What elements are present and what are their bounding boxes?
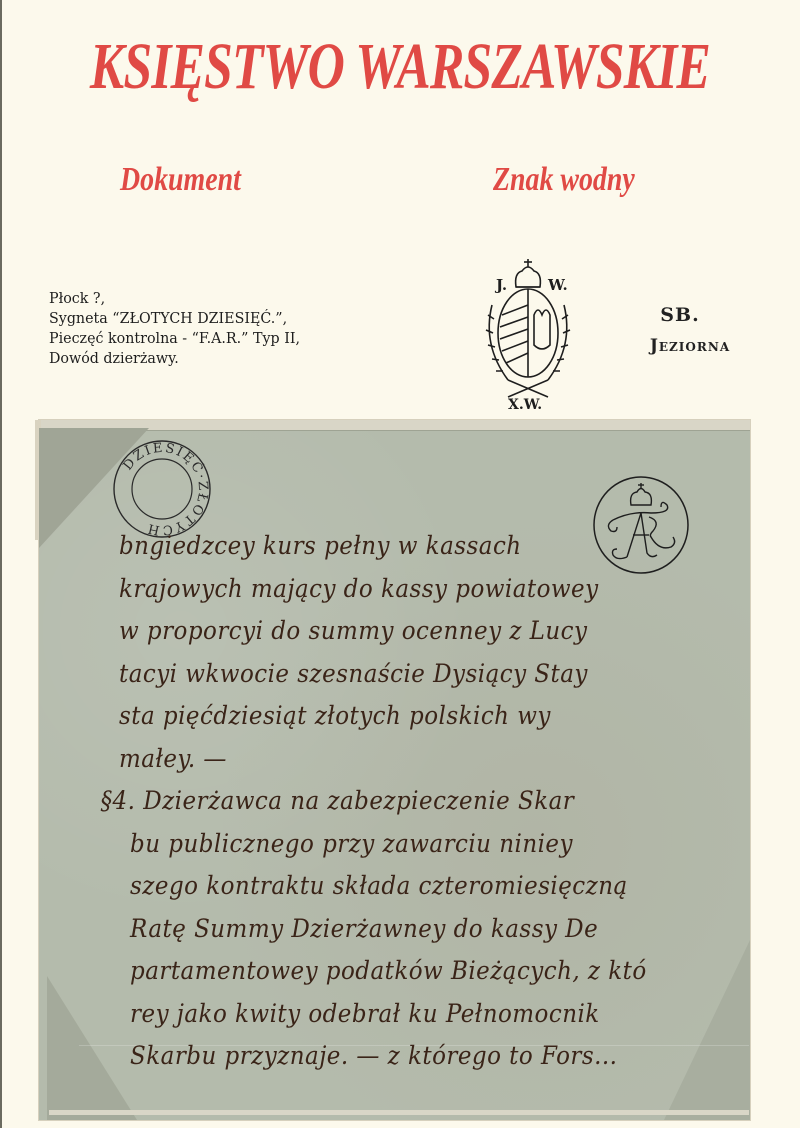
handwritten-line: bu publicznego przy zawarciu niniey	[119, 823, 671, 866]
handwritten-line: małey. —	[119, 738, 671, 781]
handwritten-line: partamentowey podatków Bieżących, z któ	[119, 950, 671, 993]
document-bottom-edge	[49, 1110, 749, 1115]
document-description: Płock ?, Sygneta “ZŁOTYCH DZIESIĘĆ.”, Pi…	[49, 288, 300, 368]
handwritten-line: szego kontraktu składa czteromiesięczną	[119, 865, 671, 908]
folded-corner-bottom-right	[664, 940, 750, 1120]
mill-initials: SB.	[600, 304, 760, 326]
handwritten-line: krajowych mający do kassy powiatowey	[119, 568, 671, 611]
handwritten-line: w proporcyi do summy ocenney z Lucy	[119, 610, 671, 653]
description-line: Płock ?,	[49, 288, 300, 308]
historical-document-scan: DZIESIĘĆ·ZŁOTYCH bngiedzcey kurs pełny w…	[39, 420, 750, 1120]
svg-text:W.: W.	[547, 276, 568, 294]
svg-text:X.W.: X.W.	[508, 397, 542, 410]
handwritten-line: sta pięćdziesiąt złotych polskich wy	[119, 695, 671, 738]
handwritten-line: Ratę Summy Dzierżawney do kassy De	[119, 908, 671, 951]
svg-text:J.: J.	[494, 276, 507, 294]
coat-of-arms-icon: J. W. X.W.	[478, 255, 578, 410]
mill-name: Jeziorna	[620, 336, 760, 356]
section-heading-document: Dokument	[120, 158, 241, 202]
handwritten-line: rey jako kwity odebrał ku Pełnomocnik	[119, 993, 671, 1036]
handwritten-line: §4. Dzierżawca na zabezpieczenie Skar	[101, 780, 671, 823]
paper-mill-mark: SB. Jeziorna	[620, 304, 760, 356]
watermark-emblem: J. W. X.W.	[478, 255, 578, 410]
description-line: Pieczęć kontrolna - “F.A.R.” Typ II,	[49, 328, 300, 348]
page-title: KSIĘSTWO WARSZAWSKIE	[88, 22, 712, 112]
page-edge	[0, 0, 2, 1128]
handwritten-text: bngiedzcey kurs pełny w kassach krajowyc…	[119, 525, 671, 1078]
description-line: Sygneta “ZŁOTYCH DZIESIĘĆ.”,	[49, 308, 300, 328]
section-heading-watermark: Znak wodny	[493, 158, 635, 202]
handwritten-line: tacyi wkwocie szesnaście Dysiący Stay	[119, 653, 671, 696]
handwritten-line: Skarbu przyznaje. — z którego to Fors...	[119, 1035, 671, 1078]
handwritten-line: bngiedzcey kurs pełny w kassach	[119, 525, 671, 568]
description-line: Dowód dzierżawy.	[49, 348, 300, 368]
